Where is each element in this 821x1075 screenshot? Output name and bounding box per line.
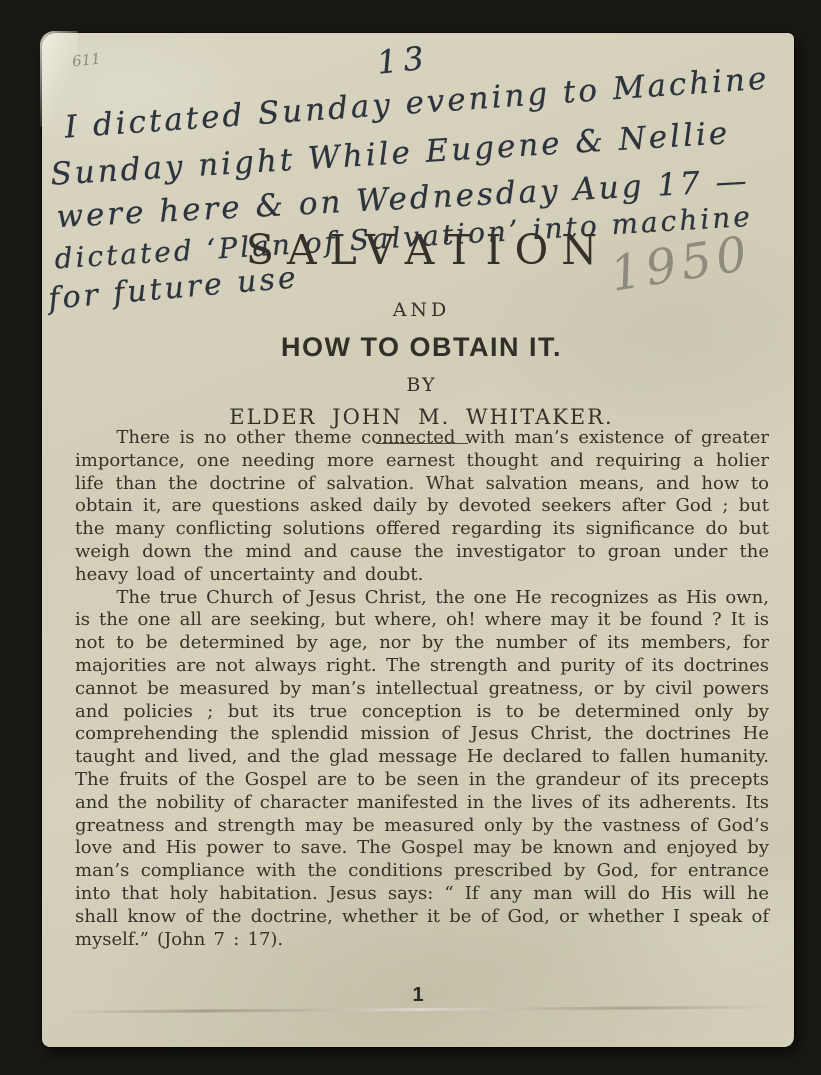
document-scan: 611 13 I dictated Sunday evening to Mach… xyxy=(0,0,821,1075)
byline-label: BY xyxy=(75,374,768,396)
pamphlet-page: 611 13 I dictated Sunday evening to Mach… xyxy=(42,33,794,1047)
handwritten-page-number: 13 xyxy=(375,38,431,81)
body-text: There is no other theme connected with m… xyxy=(75,427,769,951)
archival-number-pencil: 611 xyxy=(71,50,101,71)
paragraph-1: There is no other theme connected with m… xyxy=(75,427,769,587)
paragraph-2: The true Church of Jesus Christ, the one… xyxy=(75,587,769,952)
printed-page-number: 1 xyxy=(42,984,794,1007)
page-subtitle: HOW TO OBTAIN IT. xyxy=(75,332,768,363)
title-conjunction: AND xyxy=(75,299,768,321)
page-title: SALVATION xyxy=(75,226,768,274)
author-name: ELDER JOHN M. WHITAKER. xyxy=(75,405,768,429)
masthead: SALVATION AND HOW TO OBTAIN IT. BY ELDER… xyxy=(75,226,768,444)
